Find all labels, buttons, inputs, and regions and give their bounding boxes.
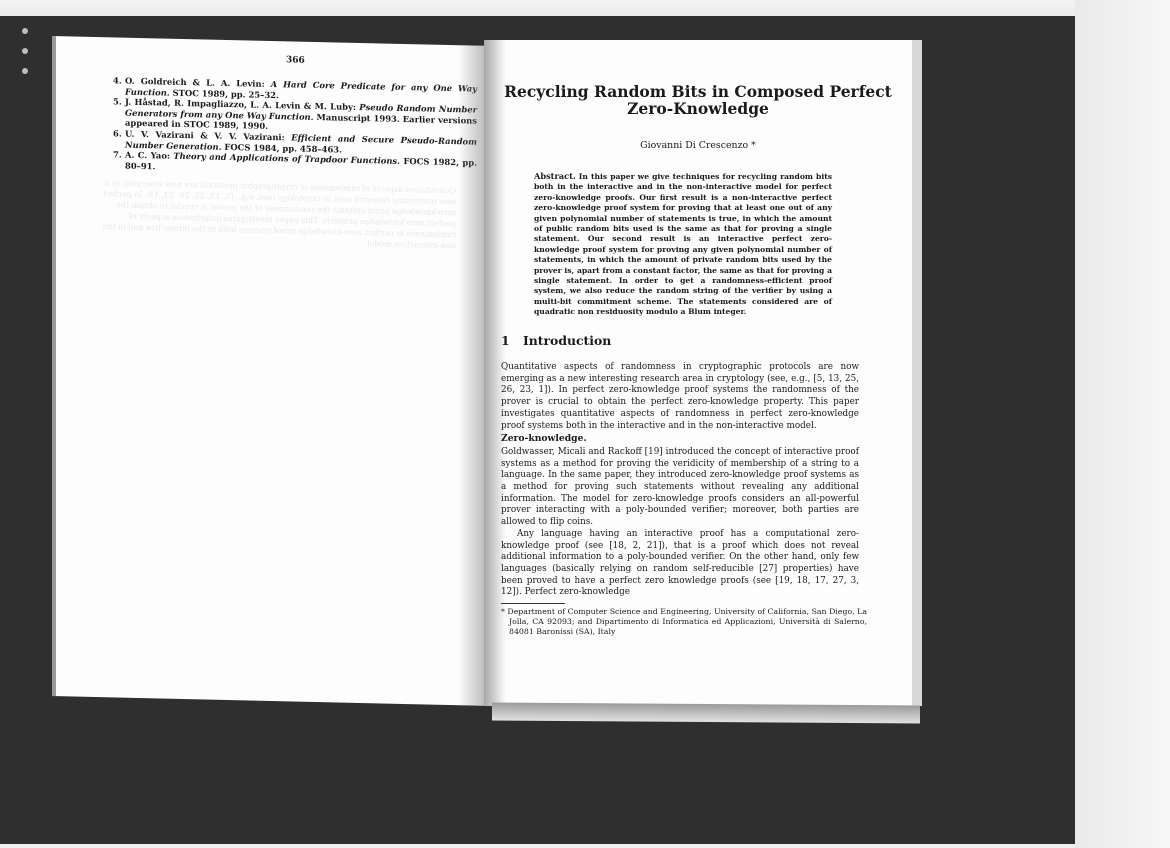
page-stack-edge xyxy=(492,703,920,724)
scanner-right-margin xyxy=(1075,0,1170,848)
paragraph-zk-2: Any language having an interactive proof… xyxy=(501,529,859,599)
section-title: Introduction xyxy=(523,333,611,348)
reference-number: 5. xyxy=(113,97,125,129)
footnote: * Department of Computer Science and Eng… xyxy=(501,607,867,637)
left-page: 366 4. O. Goldreich & L. A. Levin: A Har… xyxy=(52,36,488,706)
reference-number: 7. xyxy=(113,150,125,171)
binding-hole-icon xyxy=(22,68,28,74)
paragraph-zk-1: Goldwasser, Micali and Rackoff [19] intr… xyxy=(501,447,859,529)
reference-list: 4. O. Goldreich & L. A. Levin: A Hard Co… xyxy=(113,75,477,179)
subheading-zero-knowledge: Zero-knowledge. xyxy=(501,433,859,445)
section-heading: 1Introduction xyxy=(501,333,611,348)
show-through-text: Quantitative aspects of randomness in cr… xyxy=(96,177,456,251)
reference-number: 6. xyxy=(113,128,125,149)
abstract-label: Abstract. xyxy=(534,171,576,181)
paragraph-intro: Quantitative aspects of randomness in cr… xyxy=(501,362,859,432)
page-number: 366 xyxy=(286,55,305,65)
scanner-bottom-margin xyxy=(0,844,1075,848)
abstract-text: In this paper we give techniques for rec… xyxy=(534,172,832,316)
binding-holes xyxy=(22,28,28,88)
paper-title: Recycling Random Bits in Composed Perfec… xyxy=(504,83,892,117)
reference-number: 4. xyxy=(113,75,125,96)
reference-authors: A. C. Yao: xyxy=(125,150,173,161)
binding-hole-icon xyxy=(22,28,28,34)
abstract: Abstract. In this paper we give techniqu… xyxy=(534,171,832,318)
paper-author: Giovanni Di Crescenzo * xyxy=(504,140,892,151)
section-number: 1 xyxy=(501,333,523,348)
footnote-divider xyxy=(501,603,565,604)
right-page: Recycling Random Bits in Composed Perfec… xyxy=(484,40,922,706)
body-text: Quantitative aspects of randomness in cr… xyxy=(501,362,859,599)
binding-hole-icon xyxy=(22,48,28,54)
